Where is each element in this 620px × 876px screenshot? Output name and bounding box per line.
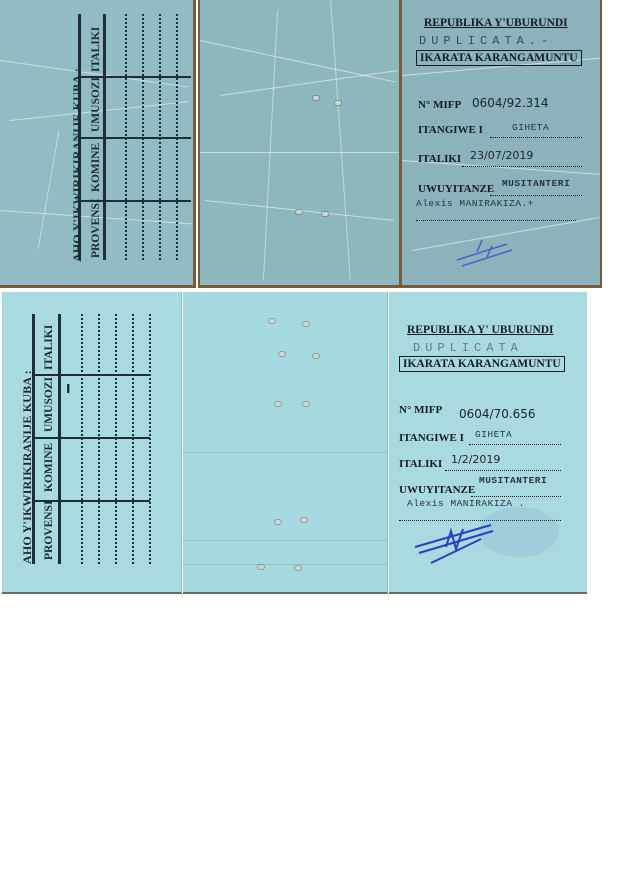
table-dotted-row xyxy=(142,14,144,260)
mifp-label: N° MIFP xyxy=(418,99,461,111)
issued-at-line xyxy=(490,137,582,138)
mifp-number: 0604/92.314 xyxy=(472,96,549,110)
card-type-label: IKARATA KARANGAMUNTU xyxy=(416,50,582,66)
table-dotted-row xyxy=(115,314,117,564)
column-header-umusozi: UMUSOZI xyxy=(90,77,102,132)
new-card-residence-panel: AHO Y'IKWIRIKIRANIJE KUBA : PROVENSI KOM… xyxy=(2,292,182,594)
signature-icon xyxy=(452,232,532,272)
column-header-italiki: ITALIKI xyxy=(90,27,102,72)
staple-hole xyxy=(322,212,328,216)
republic-heading: REPUBLIKA Y'UBURUNDI xyxy=(424,17,568,29)
table-dotted-row xyxy=(149,314,151,564)
republic-heading: REPUBLIKA Y' UBURUNDI xyxy=(407,324,554,336)
card-type-label: IKARATA KARANGAMUNTU xyxy=(399,356,565,372)
old-card-residence-panel: AHO Y'IKWIRIKIRANIJE KUBA : PROVENSI KOM… xyxy=(0,0,196,288)
date-label: ITALIKI xyxy=(399,458,442,470)
signature-icon xyxy=(411,517,501,567)
signatory-line xyxy=(416,220,576,221)
date-label: ITALIKI xyxy=(418,153,461,165)
table-rule xyxy=(58,314,61,564)
id-card-old: AHO Y'IKWIRIKIRANIJE KUBA : PROVENSI KOM… xyxy=(0,0,606,292)
column-header-italiki: ITALIKI xyxy=(43,325,55,370)
table-dotted-row xyxy=(98,314,100,564)
issuer-value: MUSITANTERI xyxy=(479,475,547,486)
date-line xyxy=(462,166,582,167)
issuer-line xyxy=(490,195,582,196)
issued-at-value: GIHETA xyxy=(475,429,512,440)
table-dotted-row xyxy=(176,14,178,260)
old-card-blank-panel xyxy=(198,0,402,288)
table-dotted-row xyxy=(125,14,127,260)
new-card-blank-panel xyxy=(183,292,388,594)
staple-hole xyxy=(258,565,264,569)
table-mark: I xyxy=(66,382,70,396)
column-header-provensi: PROVENSI xyxy=(43,501,55,560)
mifp-number: 0604/70.656 xyxy=(459,407,536,421)
issuer-value: MUSITANTERI xyxy=(502,178,570,189)
staple-hole xyxy=(313,96,319,100)
staple-hole xyxy=(335,101,341,105)
table-rule xyxy=(79,137,191,139)
staple-hole xyxy=(275,402,281,406)
table-rule xyxy=(32,314,35,564)
table-dotted-row xyxy=(193,14,195,260)
staple-hole xyxy=(303,402,309,406)
table-dotted-row xyxy=(81,314,83,564)
column-header-komine: KOMINE xyxy=(90,143,102,192)
staple-hole xyxy=(296,210,302,214)
issuer-label: UWUYITANZE xyxy=(399,484,475,496)
issued-at-line xyxy=(469,444,561,445)
issued-at-label: ITANGIWE I xyxy=(399,432,464,444)
column-header-umusozi: UMUSOZI xyxy=(43,377,55,432)
date-value: 23/07/2019 xyxy=(470,149,533,162)
staple-hole xyxy=(303,322,309,326)
old-card-info-panel: REPUBLIKA Y'UBURUNDI DUPLICATA.- IKARATA… xyxy=(402,0,602,288)
staple-hole xyxy=(275,520,281,524)
staple-hole xyxy=(269,319,275,323)
duplicate-stamp: DUPLICATA xyxy=(413,341,523,355)
date-value: 1/2/2019 xyxy=(451,453,500,466)
duplicate-stamp: DUPLICATA.- xyxy=(419,34,553,48)
issuer-label: UWUYITANZE xyxy=(418,183,494,195)
table-dotted-row xyxy=(132,314,134,564)
issuer-line xyxy=(471,496,561,497)
id-card-new: AHO Y'IKWIRIKIRANIJE KUBA : PROVENSI KOM… xyxy=(2,292,588,596)
staple-hole xyxy=(279,352,285,356)
staple-hole xyxy=(301,518,307,522)
issued-at-label: ITANGIWE I xyxy=(418,124,483,136)
issued-at-value: GIHETA xyxy=(512,122,549,133)
column-header-komine: KOMINE xyxy=(43,443,55,492)
table-dotted-row xyxy=(159,14,161,260)
date-line xyxy=(445,470,561,471)
staple-hole xyxy=(313,354,319,358)
column-header-provensi: PROVENSI xyxy=(90,199,102,258)
mifp-label: N° MIFP xyxy=(399,404,442,416)
staple-hole xyxy=(295,566,301,570)
signatory-name: Alexis MANIRAKIZA.+ xyxy=(416,198,534,209)
new-card-info-panel: REPUBLIKA Y' UBURUNDI DUPLICATA IKARATA … xyxy=(389,292,587,594)
